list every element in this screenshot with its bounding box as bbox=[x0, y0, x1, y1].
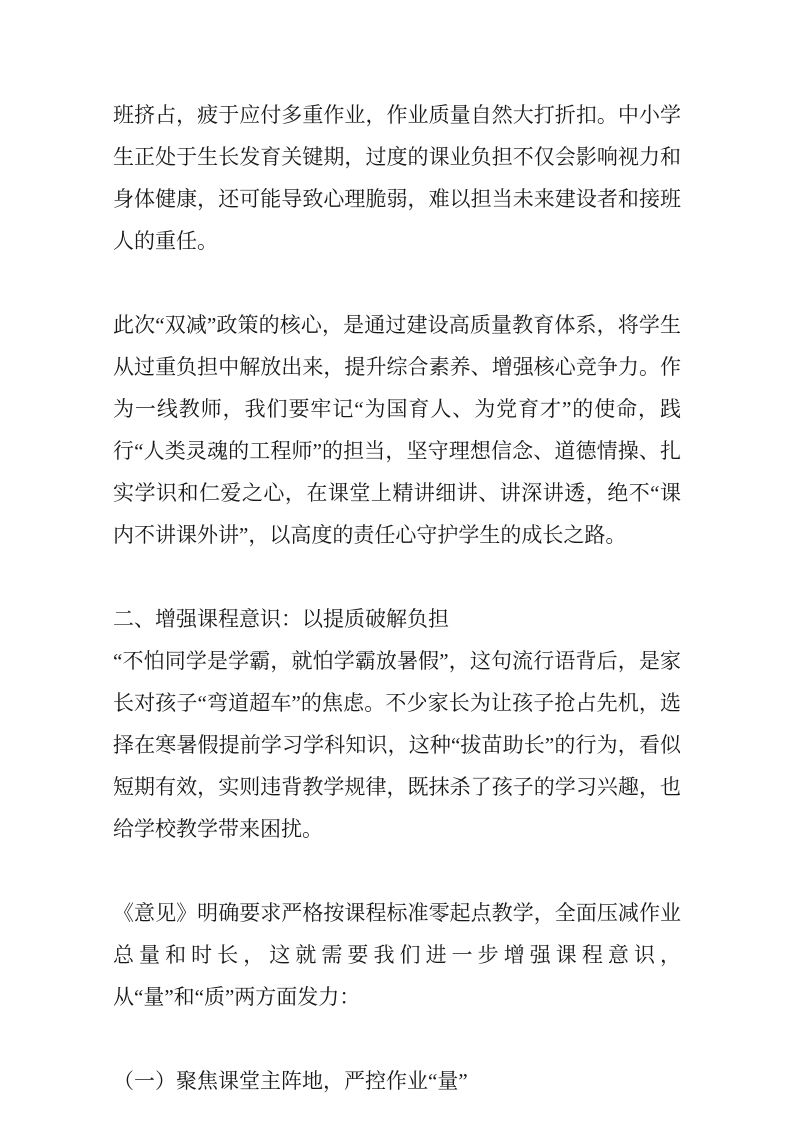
document-page: 班挤占，疲于应付多重作业，作业质量自然大打折扣。中小学生正处于生长发育关键期，过… bbox=[0, 0, 793, 1122]
body-paragraph: “不怕同学是学霸，就怕学霸放暑假”，这句流行语背后，是家长对孩子“弯道超车”的焦… bbox=[113, 640, 681, 850]
body-paragraph: 班挤占，疲于应付多重作业，作业质量自然大打折扣。中小学生正处于生长发育关键期，过… bbox=[113, 94, 681, 262]
subsection-heading: （一）聚焦课堂主阵地，严控作业“量” bbox=[113, 1060, 681, 1102]
body-paragraph: 此次“双减”政策的核心，是通过建设高质量教育体系，将学生从过重负担中解放出来，提… bbox=[113, 304, 681, 556]
section-heading: 二、增强课程意识：以提质破解负担 bbox=[113, 598, 681, 640]
body-paragraph: 《意见》明确要求严格按课程标准零起点教学，全面压减作业总量和时长，这就需要我们进… bbox=[113, 892, 681, 1018]
